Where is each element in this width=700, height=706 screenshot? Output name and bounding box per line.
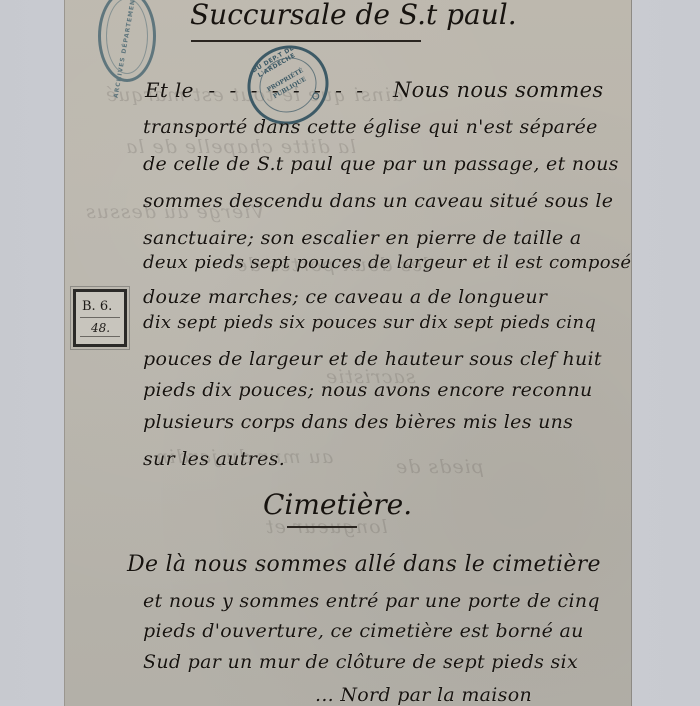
- text-line: Et le - - - - - - - -: [145, 78, 367, 102]
- section-heading: Cimetière.: [263, 488, 412, 521]
- text-line: sanctuaire; son escalier en pierre de ta…: [143, 227, 581, 249]
- text-line: et nous y sommes entré par une porte de …: [143, 590, 600, 612]
- bleed-through-text: pieds de: [395, 456, 484, 478]
- text-line: sur les autres.: [143, 448, 285, 470]
- section-heading-underline: [287, 526, 357, 528]
- text-line: de celle de S.t paul que par un passage,…: [143, 153, 619, 175]
- archive-reference-label: B. 6. 48.: [73, 289, 127, 347]
- text-line: deux pieds sept pouces de largeur et il …: [143, 252, 631, 273]
- text-line: Sud par un mur de clôture de sept pieds …: [143, 651, 578, 673]
- text-line: sommes descendu dans un caveau situé sou…: [143, 190, 613, 212]
- text-line-partial: ... Nord par la maison: [315, 684, 532, 700]
- archive-oval-stamp: ARCHIVES DÉPARTEMENTALES: [98, 0, 156, 82]
- manuscript-page: ainsi que le tout est marqué la ditte ch…: [65, 0, 631, 700]
- text-line: transporté dans cette église qui n'est s…: [143, 116, 598, 138]
- text-line: pouces de largeur et de hauteur sous cle…: [143, 348, 602, 370]
- label-series: B. 6.: [82, 299, 112, 314]
- text-line: douze marches; ce caveau a de longueur: [143, 286, 547, 308]
- label-number: 48.: [91, 321, 110, 335]
- line-dashes: - - - - - - - -: [208, 78, 367, 102]
- text-line: dix sept pieds six pouces sur dix sept p…: [143, 312, 596, 333]
- text-line: Nous nous sommes: [393, 78, 603, 102]
- label-rule: [80, 317, 120, 318]
- label-rule: [80, 336, 120, 337]
- text-line: pieds d'ouverture, ce cimetière est born…: [143, 620, 584, 642]
- document-title: Succursale de S.t paul.: [190, 0, 517, 31]
- text-line: pieds dix pouces; nous avons encore reco…: [143, 379, 593, 401]
- text-line: De là nous sommes allé dans le cimetière: [127, 552, 601, 577]
- line-start: Et le: [145, 78, 194, 102]
- text-line: plusieurs corps dans des bières mis les …: [143, 411, 573, 433]
